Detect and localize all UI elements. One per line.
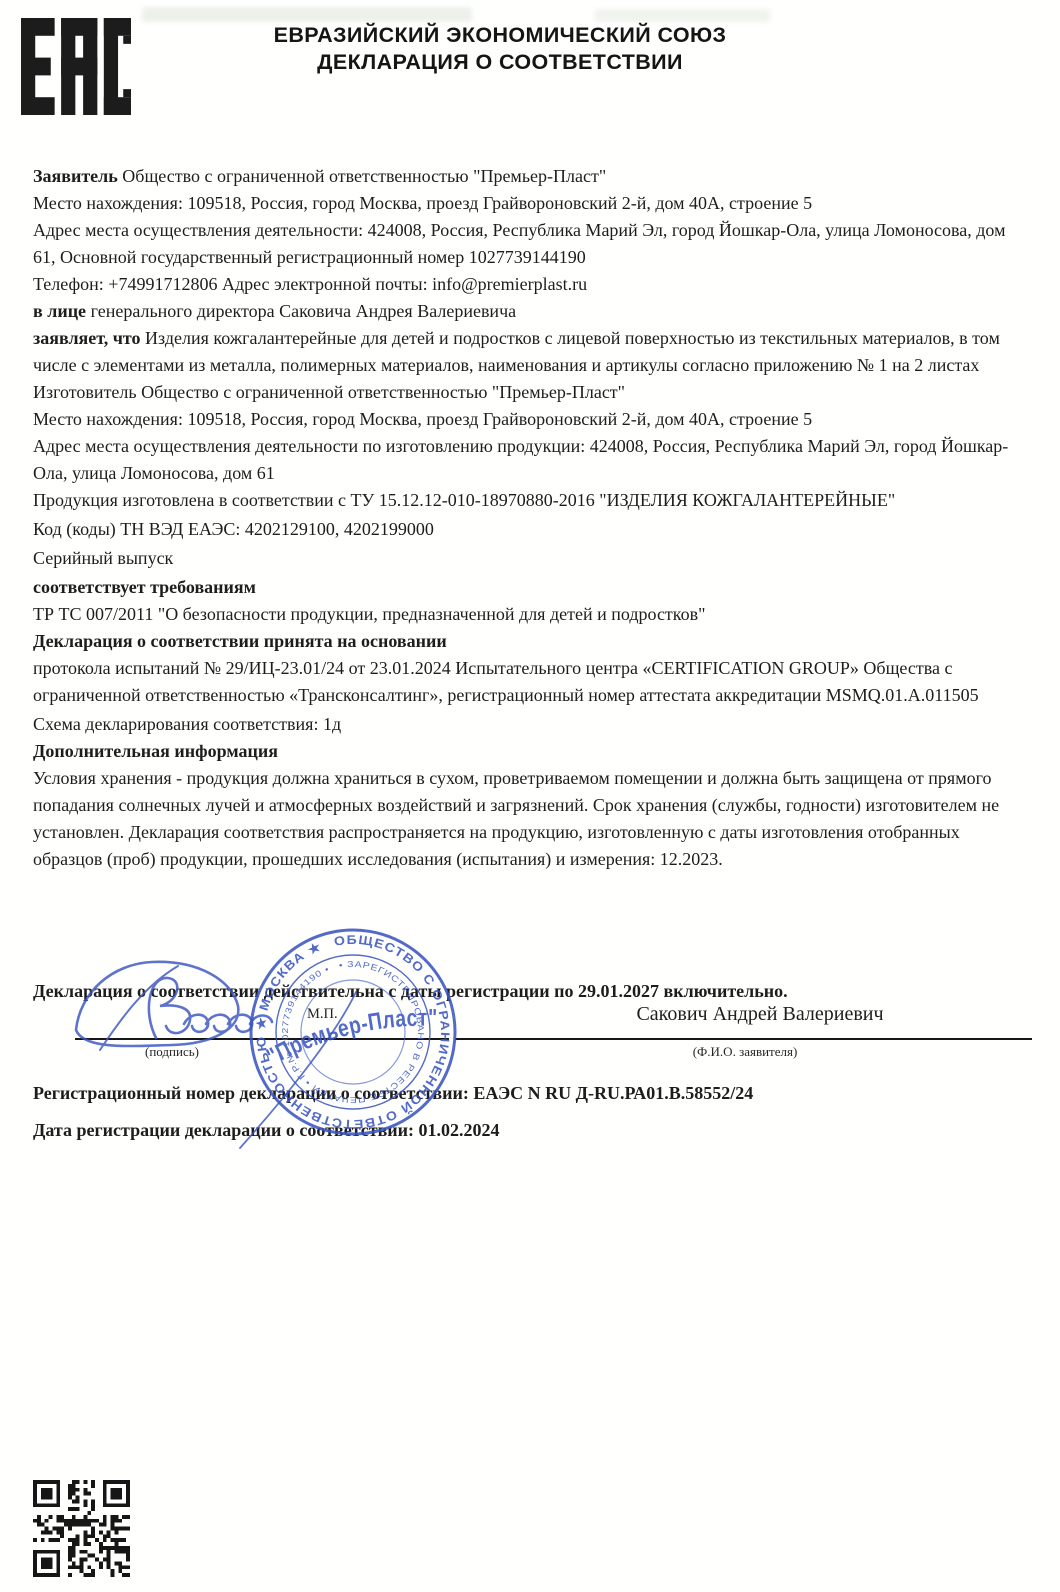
declares-paragraph: заявляет, что Изделия кожгалантерейные д… (33, 325, 1018, 379)
signature-line (75, 1038, 449, 1040)
validity-statement: Декларация о соответствии действительна … (33, 981, 1033, 1002)
fio-caption: (Ф.И.О. заявителя) (650, 1044, 840, 1060)
serial-release-line: Серийный выпуск (33, 545, 1018, 572)
fio-line (455, 1038, 1032, 1040)
represented-by-paragraph: в лице генерального директора Саковича А… (33, 298, 1018, 325)
applicant-address-line: Адрес места осуществления деятельности: … (33, 217, 1018, 271)
signer-name: Сакович Андрей Валериевич (600, 1003, 920, 1026)
basis-text: протокола испытаний № 29/ИЦ-23.01/24 от … (33, 655, 1018, 709)
additional-text: Условия хранения - продукция должна хран… (33, 765, 1018, 873)
stamp-outer-ring (245, 924, 461, 1140)
manufacturer-line: Изготовитель Общество с ограниченной отв… (33, 379, 1018, 406)
qr-code (33, 1480, 130, 1577)
applicant-label: Заявитель (33, 166, 118, 186)
union-name-title: ЕВРАЗИЙСКИЙ ЭКОНОМИЧЕСКИЙ СОЮЗ (160, 22, 840, 49)
production-tu-line: Продукция изготовлена в соответствии с Т… (33, 487, 1018, 514)
manufacturer-address-line: Адрес места осуществления деятельности п… (33, 433, 1018, 487)
tn-ved-codes-line: Код (коды) ТН ВЭД ЕАЭС: 4202129100, 4202… (33, 516, 1018, 543)
stamp-outer-ring-text: ОБЩЕСТВО С ОГРАНИЧЕННОЙ ОТВЕТСТВЕННОСТЬЮ… (245, 924, 461, 1140)
applicant-paragraph: Заявитель Общество с ограниченной ответс… (33, 163, 1018, 190)
stamp-center-text: "Премьер-Пласт" (259, 995, 444, 1072)
scan-bleed-artifact (595, 9, 770, 22)
tr-ts-line: ТР ТС 007/2011 "О безопасности продукции… (33, 601, 1018, 628)
manufacturer-location-line: Место нахождения: 109518, Россия, город … (33, 406, 1018, 433)
additional-heading: Дополнительная информация (33, 738, 1018, 765)
eac-logo-icon (21, 18, 131, 120)
document-header: ЕВРАЗИЙСКИЙ ЭКОНОМИЧЕСКИЙ СОЮЗ ДЕКЛАРАЦИ… (160, 22, 840, 76)
signature-caption: (подпись) (117, 1044, 227, 1060)
scan-bleed-artifact (142, 7, 472, 22)
company-stamp: ОБЩЕСТВО С ОГРАНИЧЕННОЙ ОТВЕТСТВЕННОСТЬЮ… (245, 924, 461, 1140)
document-body: Заявитель Общество с ограниченной ответс… (33, 163, 1018, 873)
applicant-contacts-line: Телефон: +74991712806 Адрес электронной … (33, 271, 1018, 298)
mp-label: М.П. (307, 1006, 338, 1023)
registration-date-line: Дата регистрации декларации о соответств… (33, 1120, 500, 1141)
declares-label: заявляет, что (33, 328, 141, 348)
declaration-document: ЕВРАЗИЙСКИЙ ЭКОНОМИЧЕСКИЙ СОЮЗ ДЕКЛАРАЦИ… (0, 0, 1060, 1592)
complies-heading: соответствует требованиям (33, 574, 1018, 601)
declaration-title: ДЕКЛАРАЦИЯ О СООТВЕТСТВИИ (160, 49, 840, 76)
scheme-line: Схема декларирования соответствия: 1д (33, 711, 1018, 738)
applicant-location-line: Место нахождения: 109518, Россия, город … (33, 190, 1018, 217)
svg-text:ОБЩЕСТВО С ОГРАНИЧЕННОЙ ОТВЕТС: ОБЩЕСТВО С ОГРАНИЧЕННОЙ ОТВЕТСТВЕННОСТЬЮ… (245, 924, 461, 1140)
represented-by-label: в лице (33, 301, 86, 321)
basis-heading: Декларация о соответствии принята на осн… (33, 628, 1018, 655)
svg-text:"Премьер-Пласт": "Премьер-Пласт" (259, 995, 444, 1072)
registration-number-line: Регистрационный номер декларации о соотв… (33, 1083, 753, 1104)
